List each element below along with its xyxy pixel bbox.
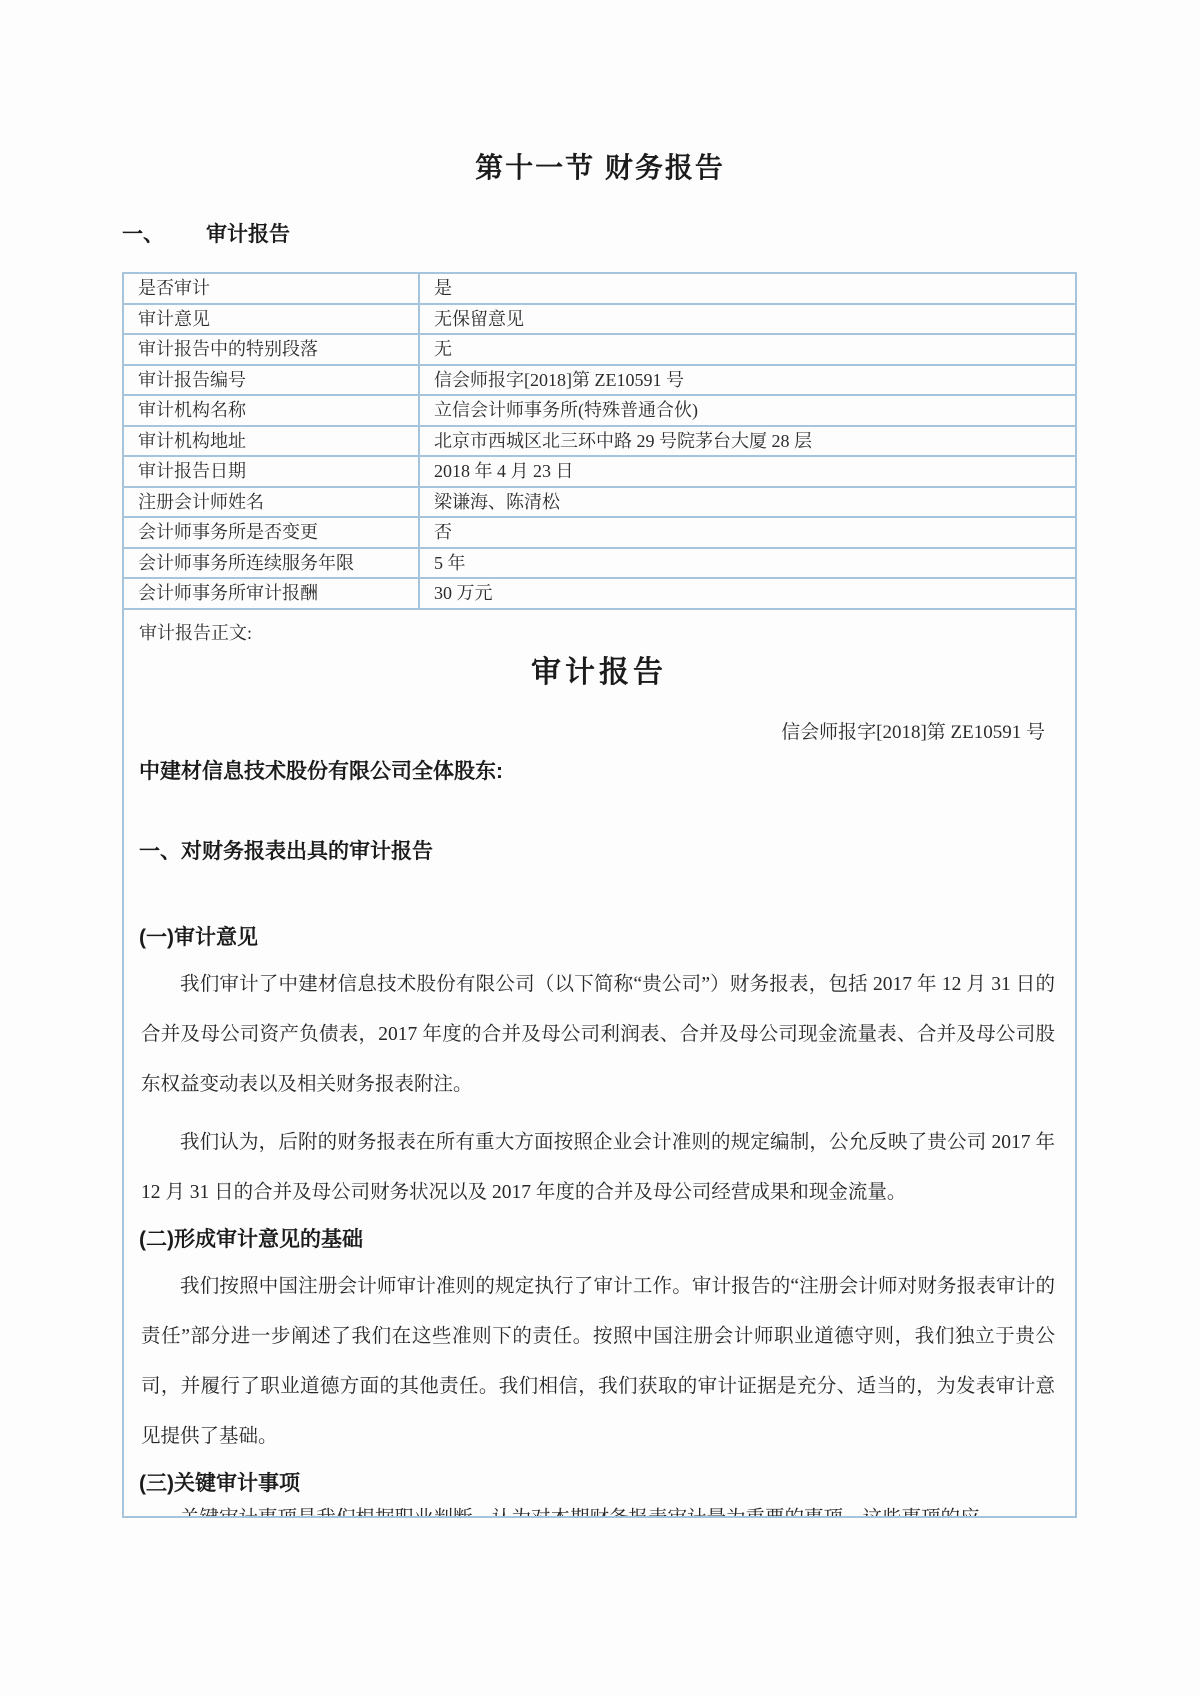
page-title: 第十一节 财务报告 [0,146,1200,186]
row-label: 注册会计师姓名 [123,487,419,518]
table-row: 是否审计 是 [123,273,1076,304]
table-row: 审计报告中的特别段落 无 [123,334,1076,365]
row-value: 梁谦海、陈清松 [419,487,1076,518]
row-value: 5 年 [419,548,1076,579]
table-row: 会计师事务所连续服务年限 5 年 [123,548,1076,579]
table-row: 会计师事务所审计报酬 30 万元 [123,578,1076,609]
row-value: 是 [419,273,1076,304]
opinion-basis-para: 我们按照中国注册会计师审计准则的规定执行了审计工作。审计报告的“注册会计师对财务… [141,1262,1055,1462]
report-body: 审计报告正文: 审计报告 信会师报字[2018]第 ZE10591 号 中建材信… [124,610,1075,1516]
audit-opinion-para-1: 我们审计了中建材信息技术股份有限公司（以下简称“贵公司”）财务报表，包括 201… [141,960,1055,1110]
section-heading: 一、审计报告 [122,218,1200,248]
row-value: 2018 年 4 月 23 日 [419,456,1076,487]
row-label: 会计师事务所连续服务年限 [123,548,419,579]
table-row: 审计报告日期 2018 年 4 月 23 日 [123,456,1076,487]
row-value: 无保留意见 [419,304,1076,335]
table-row: 注册会计师姓名 梁谦海、陈清松 [123,487,1076,518]
opinion-basis-heading: (二)形成审计意见的基础 [139,1226,1059,1254]
report-title: 审计报告 [139,655,1059,691]
section-number: 一、 [122,218,164,248]
row-value: 立信会计师事务所(特殊普通合伙) [419,395,1076,426]
row-value: 否 [419,517,1076,548]
audit-opinion-heading: (一)审计意见 [139,924,1059,952]
table-row: 审计意见 无保留意见 [123,304,1076,335]
row-label: 审计意见 [123,304,419,335]
table-row: 会计师事务所是否变更 否 [123,517,1076,548]
row-label: 审计报告编号 [123,365,419,396]
row-value: 30 万元 [419,578,1076,609]
audit-opinion-para-2: 我们认为，后附的财务报表在所有重大方面按照企业会计准则的规定编制，公允反映了贵公… [141,1118,1055,1218]
table-row: 审计机构名称 立信会计师事务所(特殊普通合伙) [123,395,1076,426]
row-label: 审计报告日期 [123,456,419,487]
row-label: 会计师事务所是否变更 [123,517,419,548]
row-label: 会计师事务所审计报酬 [123,578,419,609]
report-body-cell: 审计报告正文: 审计报告 信会师报字[2018]第 ZE10591 号 中建材信… [123,609,1076,1517]
row-label: 审计机构名称 [123,395,419,426]
row-value: 信会师报字[2018]第 ZE10591 号 [419,365,1076,396]
section-title: 审计报告 [206,223,290,246]
row-value: 无 [419,334,1076,365]
table-row: 审计报告编号 信会师报字[2018]第 ZE10591 号 [123,365,1076,396]
report-body-label: 审计报告正文: [139,619,1059,645]
report-reference: 信会师报字[2018]第 ZE10591 号 [139,717,1045,744]
table-row: 审计机构地址 北京市西城区北三环中路 29 号院茅台大厦 28 层 [123,426,1076,457]
key-audit-matters-heading: (三)关键审计事项 [139,1470,1059,1498]
report-section-1-title: 一、对财务报表出具的审计报告 [139,838,1059,866]
row-label: 审计机构地址 [123,426,419,457]
row-label: 是否审计 [123,273,419,304]
row-value: 北京市西城区北三环中路 29 号院茅台大厦 28 层 [419,426,1076,457]
report-addressee: 中建材信息技术股份有限公司全体股东: [139,758,1059,786]
report-body-row: 审计报告正文: 审计报告 信会师报字[2018]第 ZE10591 号 中建材信… [123,609,1076,1517]
row-label: 审计报告中的特别段落 [123,334,419,365]
document-page: 第十一节 财务报告 一、审计报告 是否审计 是 审计意见 无保留意见 审计报告中… [0,0,1200,1697]
audit-info-table: 是否审计 是 审计意见 无保留意见 审计报告中的特别段落 无 审计报告编号 信会… [122,272,1077,1518]
key-audit-matters-para: 关键审计事项是我们根据职业判断，认为对本期财务报表审计最为重要的事项。这些事项的… [141,1502,1055,1516]
